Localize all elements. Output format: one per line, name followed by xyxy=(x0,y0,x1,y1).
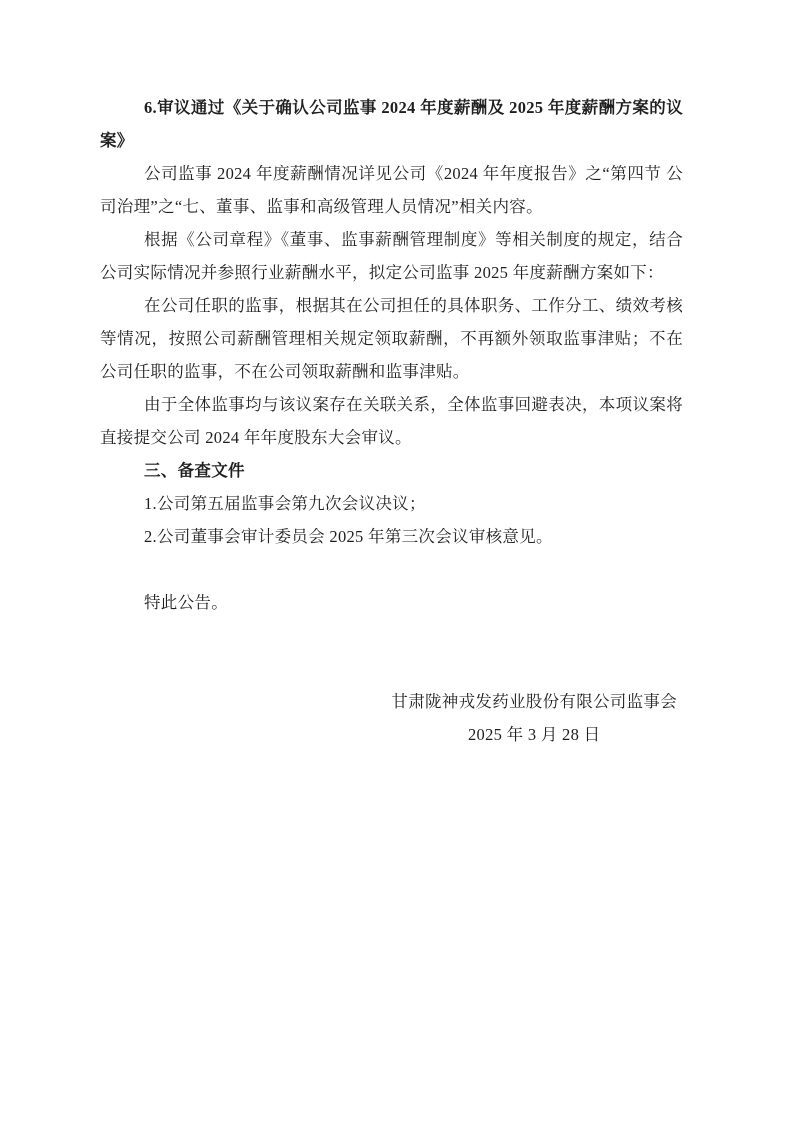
paragraph-abstain-vote: 由于全体监事均与该议案存在关联关系，全体监事回避表决，本项议案将直接提交公司 2… xyxy=(100,388,683,454)
paragraph-salary-reference: 公司监事 2024 年度薪酬情况详见公司《2024 年年度报告》之“第四节 公司… xyxy=(100,157,683,223)
agenda-item-6-heading: 6.审议通过《关于确认公司监事 2024 年度薪酬及 2025 年度薪酬方案的议… xyxy=(100,91,683,157)
document-page: 6.审议通过《关于确认公司监事 2024 年度薪酬及 2025 年度薪酬方案的议… xyxy=(0,0,794,1122)
closing-statement: 特此公告。 xyxy=(100,586,683,619)
signature-company: 甘肃陇神戎发药业股份有限公司监事会 xyxy=(391,685,677,718)
reference-item-1: 1.公司第五届监事会第九次会议决议； xyxy=(100,487,683,520)
signature-date: 2025 年 3 月 28 日 xyxy=(391,718,677,751)
document-body: 6.审议通过《关于确认公司监事 2024 年度薪酬及 2025 年度薪酬方案的议… xyxy=(100,91,683,751)
reference-item-2: 2.公司董事会审计委员会 2025 年第三次会议审核意见。 xyxy=(100,520,683,553)
section-3-heading: 三、备查文件 xyxy=(100,454,683,487)
paragraph-salary-plan-basis: 根据《公司章程》《董事、监事薪酬管理制度》等相关制度的规定，结合公司实际情况并参… xyxy=(100,223,683,289)
paragraph-salary-plan-detail: 在公司任职的监事，根据其在公司担任的具体职务、工作分工、绩效考核等情况，按照公司… xyxy=(100,289,683,388)
signature-block: 甘肃陇神戎发药业股份有限公司监事会 2025 年 3 月 28 日 xyxy=(391,685,677,751)
